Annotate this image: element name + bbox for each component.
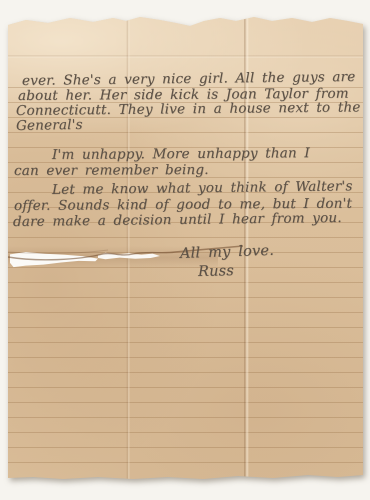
letter-line: I'm unhappy. More unhappy than I: [52, 146, 310, 162]
scanned-letter-page: ever. She's a very nice girl. All the gu…: [0, 0, 370, 500]
letter-line: General's: [16, 118, 83, 133]
letter-line: Let me know what you think of Walter's: [52, 179, 353, 197]
scanner-background: ever. She's a very nice girl. All the gu…: [0, 0, 370, 500]
letter-line: dare make a decision until I hear from y…: [13, 211, 342, 229]
letter-signature: Russ: [198, 264, 234, 279]
letter-closing: All my love.: [180, 244, 274, 261]
ruled-lines: [8, 73, 363, 477]
horizontal-fold-crease-top: [8, 55, 363, 58]
letter-paper: ever. She's a very nice girl. All the gu…: [8, 13, 363, 481]
letter-line: can ever remember being.: [14, 163, 209, 178]
letter-line: Connecticutt. They live in a house next …: [16, 100, 361, 118]
